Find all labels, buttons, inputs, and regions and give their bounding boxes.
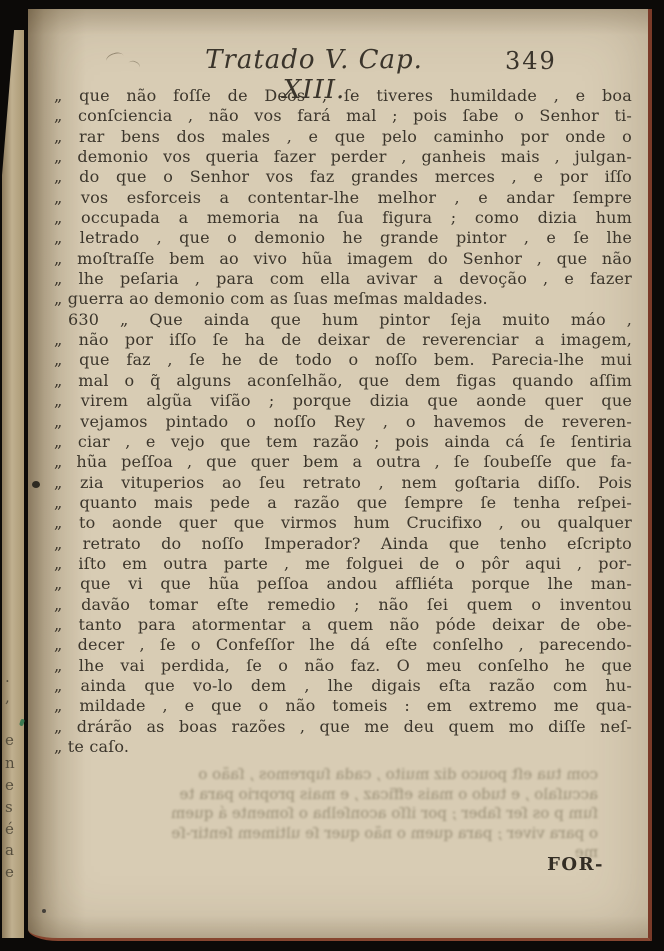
bleedthrough-line: o para viver ; para quem o não quer ſe u…: [58, 824, 598, 844]
text-line: „ lhe vai perdida, ſe o não faz. O meu c…: [54, 656, 632, 676]
text-line: „ decer , ſe o Confeſſor lhe dá eſte con…: [54, 635, 632, 655]
bleedthrough-line: ſum p os ſer ſaber ; por iſſo aconſelha …: [58, 804, 598, 824]
green-speck: [19, 719, 25, 727]
text-line: „ occupada a memoria na ſua figura ; com…: [54, 208, 632, 228]
text-line: „ letrado , que o demonio he grande pint…: [54, 228, 632, 248]
text-line: „ iſto em outra parte , me folguei de o …: [54, 554, 632, 574]
running-header: Tratado V. Cap. XIII. 349: [28, 45, 648, 81]
edge-letter: e: [5, 865, 14, 880]
body-text: „ que não foſſe de Deos , ſe tiveres hum…: [54, 86, 632, 757]
edge-letter: é: [5, 822, 14, 837]
bleedthrough-line: com tua eſt pouco diz muito , cada ſupre…: [58, 765, 598, 785]
edge-letter: ,: [5, 690, 10, 705]
text-line: „ drárão as boas razões , que me deu que…: [54, 717, 632, 737]
edge-letter: .: [5, 670, 10, 685]
text-line: „ que faz , ſe he de todo o noſſo bem. P…: [54, 350, 632, 370]
bleedthrough-text: com tua eſt pouco diz muito , cada ſupre…: [58, 765, 598, 863]
text-line: „ ciar , e vejo que tem razão ; pois ain…: [54, 432, 632, 452]
paper-speck: [42, 909, 46, 913]
text-line: „ do que o Senhor vos faz grandes merces…: [54, 167, 632, 187]
text-line: „ retrato do noſſo Imperador? Ainda que …: [54, 534, 632, 554]
edge-letter: n: [5, 756, 15, 771]
text-line: „ virem algũa viſão ; porque dizia que a…: [54, 391, 632, 411]
page-number: 349: [505, 47, 557, 75]
text-line: „ davão tomar eſte remedio ; não ſei que…: [54, 595, 632, 615]
text-line: „ tanto para atormentar a quem não póde …: [54, 615, 632, 635]
text-line: „ mildade , e que o não tomeis : em extr…: [54, 696, 632, 716]
text-line: „ vos esforceis a contentar-lhe melhor ,…: [54, 188, 632, 208]
text-line: „ hũa peſſoa , que quer bem a outra , ſe…: [54, 452, 632, 472]
ink-blot: [32, 481, 40, 488]
edge-letter: a: [5, 843, 14, 858]
text-line: „ que não foſſe de Deos , ſe tiveres hum…: [54, 86, 632, 106]
text-line: „ guerra ao demonio com as ſuas meſmas m…: [54, 289, 632, 309]
text-line: „ moſtraſſe bem ao vivo hũa imagem do Se…: [54, 249, 632, 269]
edge-letter: s: [5, 800, 13, 815]
edge-letter: e: [5, 733, 14, 748]
text-line: „ lhe peſaria , para com ella avivar a d…: [54, 269, 632, 289]
catchword: FOR-: [547, 854, 604, 875]
text-line: „ conſciencia , não vos fará mal ; pois …: [54, 106, 632, 126]
text-line: „ demonio vos queria fazer perder , ganh…: [54, 147, 632, 167]
book-scan: { "page": { "header": { "title": "Tratad…: [0, 0, 664, 951]
book-page: Tratado V. Cap. XIII. 349 „ que não foſſ…: [28, 9, 652, 941]
bleedthrough-line: me: [58, 843, 598, 863]
text-line: 630 „ Que ainda que hum pintor ſeja muit…: [54, 310, 632, 330]
text-line: „ que vi que hũa peſſoa andou affliéta p…: [54, 574, 632, 594]
text-line: „ não por iſſo ſe ha de deixar de revere…: [54, 330, 632, 350]
text-line: „ rar bens dos males , e que pelo caminh…: [54, 127, 632, 147]
text-line: „ vejamos pintado o noſſo Rey , o havemo…: [54, 412, 632, 432]
edge-letter: e: [5, 778, 14, 793]
adjacent-page-edge: .,eneséae: [2, 30, 24, 938]
text-line: „ ainda que vo-lo dem , lhe digais eſta …: [54, 676, 632, 696]
text-line: „ to aonde quer que virmos hum Crucifixo…: [54, 513, 632, 533]
text-line: „ zia vituperios ao ſeu retrato , nem go…: [54, 473, 632, 493]
bleedthrough-line: accuſalo , e tudo o mais efficaz , e mai…: [58, 785, 598, 805]
text-line: „ mal o q̃ alguns aconſelhão, que dem fi…: [54, 371, 632, 391]
text-line: „ quanto mais pede a razão que ſempre ſe…: [54, 493, 632, 513]
text-line: „ te caſo.: [54, 737, 632, 757]
